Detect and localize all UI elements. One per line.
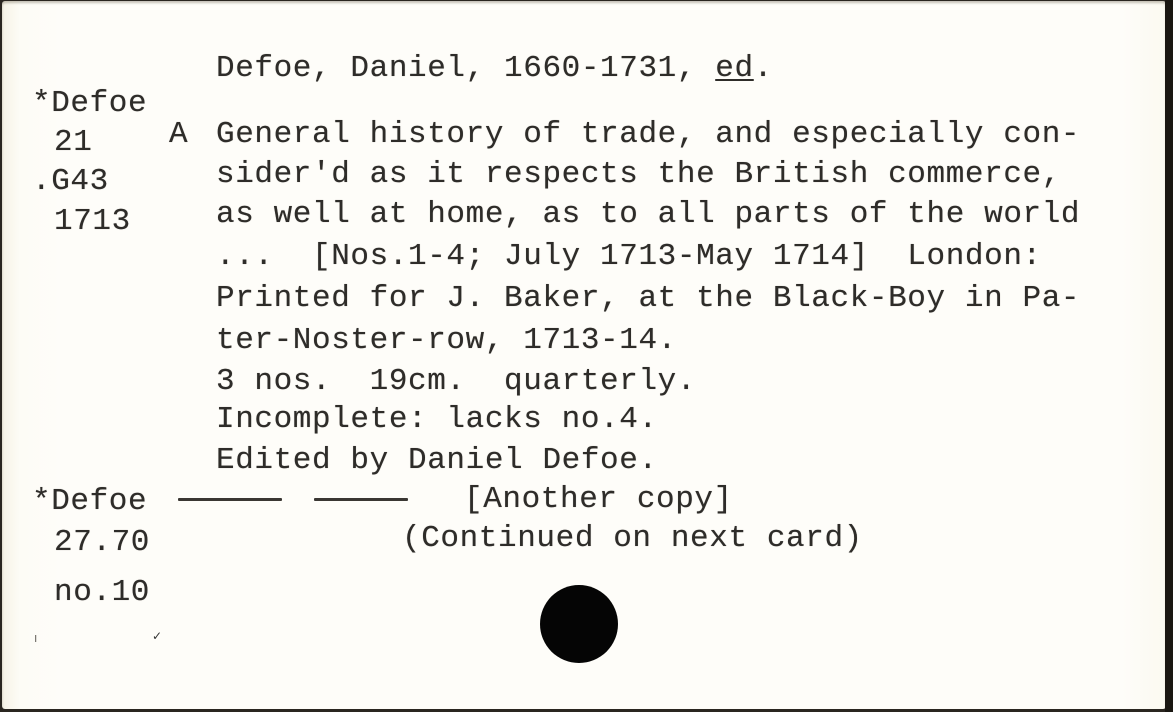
body-line: General history of trade, and especially… (216, 119, 1080, 150)
author-name: Defoe, Daniel, 1660-1731, (216, 51, 715, 86)
copy-call-number-line-2: 27.70 (54, 527, 150, 558)
body-line: sider'd as it respects the British comme… (216, 159, 1061, 190)
continued-note: (Continued on next card) (402, 523, 863, 554)
note-line: Incomplete: lacks no.4. (216, 404, 658, 435)
punch-hole (540, 585, 618, 663)
title-article: A (169, 119, 188, 150)
body-line: Printed for J. Baker, at the Black-Boy i… (216, 283, 1080, 314)
note-line: Edited by Daniel Defoe. (216, 445, 658, 476)
body-line: as well at home, as to all parts of the … (216, 199, 1080, 230)
check-mark: ✓ (152, 629, 162, 643)
body-line: ter-Noster-row, 1713-14. (216, 325, 677, 356)
call-number-line-2: 21 (54, 127, 92, 158)
copy-call-number-line-1: *Defoe (32, 486, 147, 517)
speck-mark: ı (34, 631, 37, 645)
heading-period: . (754, 51, 773, 86)
collation-line: 3 nos. 19cm. quarterly. (216, 366, 696, 397)
another-copy-note: [Another copy] (464, 484, 733, 515)
relator-term: ed (715, 51, 753, 86)
call-number-line-1: *Defoe (32, 88, 147, 119)
author-heading: Defoe, Daniel, 1660-1731, ed. (216, 53, 773, 84)
call-number-line-3: .G43 (32, 166, 109, 197)
call-number-line-4: 1713 (54, 206, 131, 237)
title-dash (314, 498, 408, 501)
body-line: ... [Nos.1-4; July 1713-May 1714] London… (216, 241, 1042, 272)
copy-call-number-line-3: no.10 (54, 577, 150, 608)
author-dash (178, 498, 282, 501)
card-edge-shadow (1165, 0, 1173, 712)
